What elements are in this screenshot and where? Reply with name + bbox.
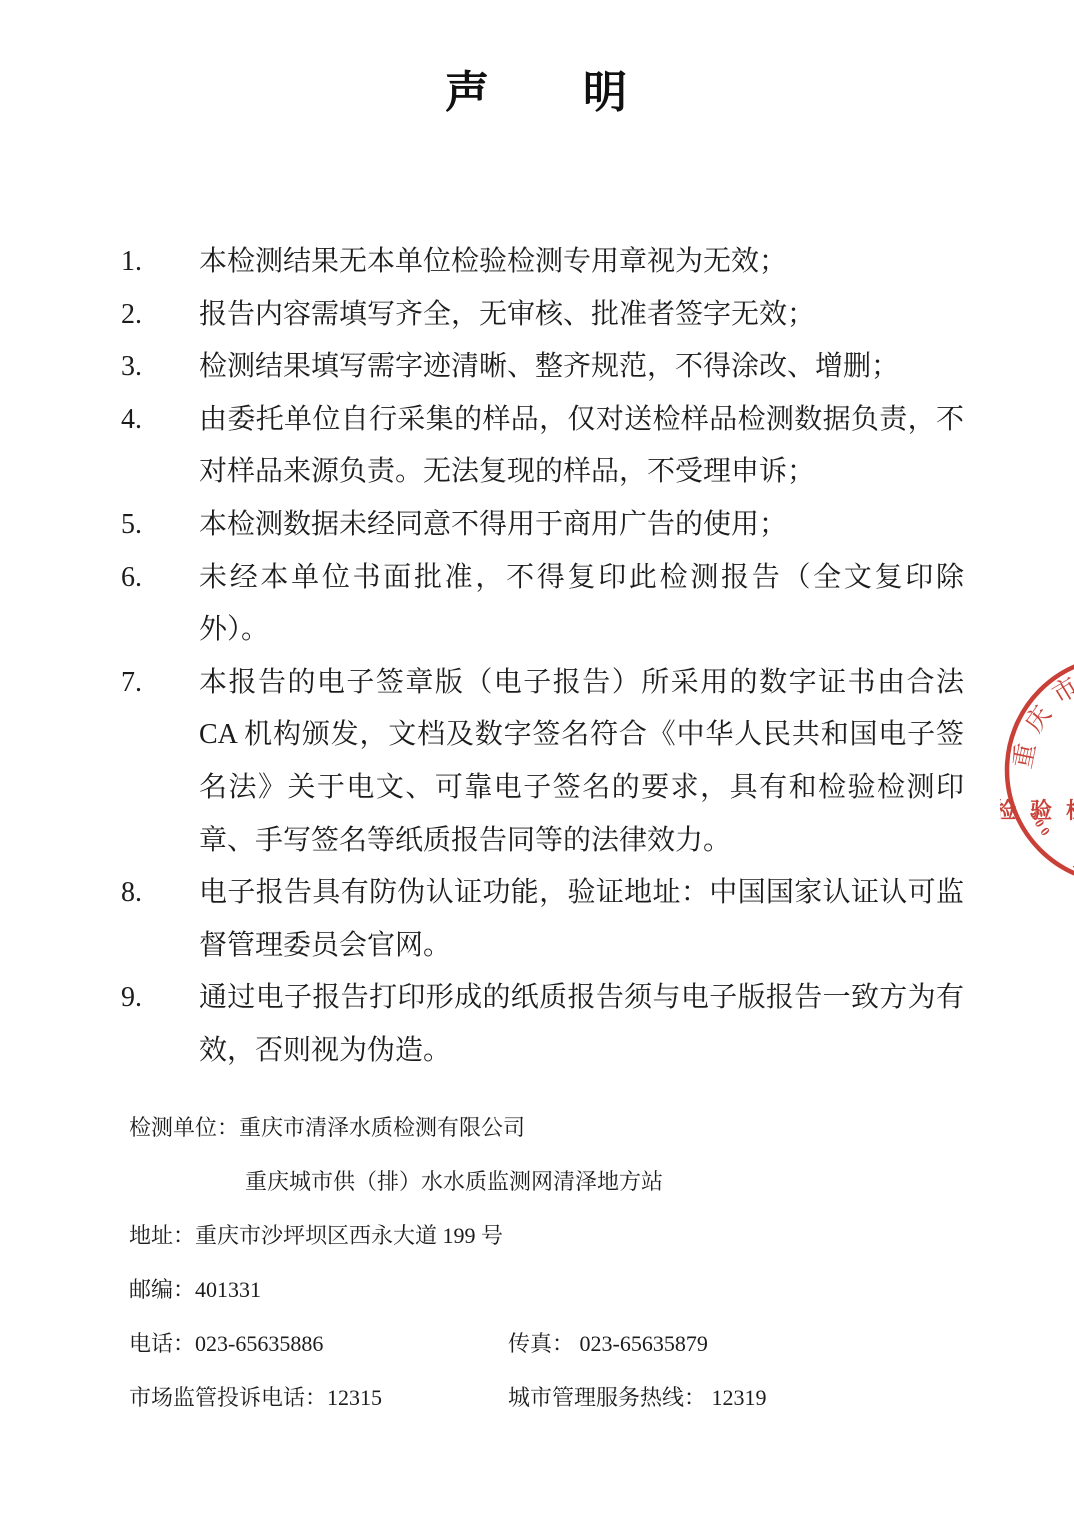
declaration-item-9: 9. 通过电子报告打印形成的纸质报告须与电子版报告一致方为有效，否则视为伪造。 <box>121 972 964 1077</box>
postcode-row: 邮编： 401331 <box>129 1276 1074 1304</box>
phone-label: 电话： <box>129 1330 195 1358</box>
item-text: 报告内容需填写齐全，无审核、批准者签字无效； <box>199 289 964 342</box>
fax-label: 传真： <box>508 1331 574 1356</box>
fax-col: 传真： 023-65635879 <box>508 1330 708 1358</box>
service-value: 12319 <box>712 1385 767 1410</box>
declaration-item-2: 2. 报告内容需填写齐全，无审核、批准者签字无效； <box>121 289 964 342</box>
company-seal-stamp-icon: 重庆市清泽水质检测有限公司 检验检测专用章 500 <box>1000 645 1074 905</box>
item-number: 3. <box>121 341 199 394</box>
postcode-label: 邮编： <box>129 1276 195 1304</box>
address-label: 地址： <box>129 1222 195 1250</box>
phone-fax-row: 电话： 023-65635886 传真： 023-65635879 <box>129 1330 1074 1358</box>
item-text: 检测结果填写需字迹清晰、整齐规范，不得涂改、增删； <box>199 341 964 394</box>
contact-block: 检测单位： 重庆市清泽水质检测有限公司 重庆城市供（排）水水质监测网清泽地方站 … <box>129 1114 1074 1412</box>
declaration-item-4: 4. 由委托单位自行采集的样品，仅对送检样品检测数据负责，不对样品来源负责。无法… <box>121 394 964 499</box>
declaration-item-8: 8. 电子报告具有防伪认证功能，验证地址：中国国家认证认可监督管理委员会官网。 <box>121 867 964 972</box>
declaration-item-7: 7. 本报告的电子签章版（电子报告）所采用的数字证书由合法 CA 机构颁发，文档… <box>121 657 964 867</box>
item-number: 2. <box>121 289 199 342</box>
service-label: 城市管理服务热线： <box>508 1385 706 1410</box>
item-number: 5. <box>121 499 199 552</box>
declaration-list: 1. 本检测结果无本单位检验检测专用章视为无效； 2. 报告内容需填写齐全，无审… <box>121 236 964 1078</box>
item-text: 由委托单位自行采集的样品，仅对送检样品检测数据负责，不对样品来源负责。无法复现的… <box>199 394 964 499</box>
item-text: 未经本单位书面批准，不得复印此检测报告（全文复印除外）。 <box>199 552 964 657</box>
item-number: 7. <box>121 657 199 710</box>
declaration-page: 声 明 1. 本检测结果无本单位检验检测专用章视为无效； 2. 报告内容需填写齐… <box>0 0 1074 1520</box>
item-number: 8. <box>121 867 199 920</box>
item-text: 本检测结果无本单位检验检测专用章视为无效； <box>199 236 964 289</box>
org-name: 重庆市清泽水质检测有限公司 <box>239 1114 525 1142</box>
complaint-label: 市场监管投诉电话： <box>129 1384 327 1412</box>
declaration-item-6: 6. 未经本单位书面批准，不得复印此检测报告（全文复印除外）。 <box>121 552 964 657</box>
org-row: 检测单位： 重庆市清泽水质检测有限公司 <box>129 1114 1074 1142</box>
org-row-2: 重庆城市供（排）水水质监测网清泽地方站 <box>129 1168 1074 1196</box>
item-text: 本检测数据未经同意不得用于商用广告的使用； <box>199 499 964 552</box>
item-number: 1. <box>121 236 199 289</box>
org-name-secondary: 重庆城市供（排）水水质监测网清泽地方站 <box>245 1168 663 1196</box>
fax-value: 023-65635879 <box>580 1331 708 1356</box>
declaration-item-3: 3. 检测结果填写需字迹清晰、整齐规范，不得涂改、增删； <box>121 341 964 394</box>
complaint-col: 市场监管投诉电话： 12315 <box>129 1384 508 1412</box>
complaint-value: 12315 <box>327 1384 382 1412</box>
org-label: 检测单位： <box>129 1114 239 1142</box>
item-number: 9. <box>121 972 199 1025</box>
item-number: 4. <box>121 394 199 447</box>
item-text: 电子报告具有防伪认证功能，验证地址：中国国家认证认可监督管理委员会官网。 <box>199 867 964 972</box>
address-value: 重庆市沙坪坝区西永大道 199 号 <box>195 1222 503 1250</box>
service-col: 城市管理服务热线： 12319 <box>508 1384 767 1412</box>
phone-value: 023-65635886 <box>195 1330 323 1358</box>
declaration-item-5: 5. 本检测数据未经同意不得用于商用广告的使用； <box>121 499 964 552</box>
postcode-value: 401331 <box>195 1276 261 1304</box>
phone-col: 电话： 023-65635886 <box>129 1330 508 1358</box>
address-row: 地址： 重庆市沙坪坝区西永大道 199 号 <box>129 1222 1074 1250</box>
item-number: 6. <box>121 552 199 605</box>
declaration-item-1: 1. 本检测结果无本单位检验检测专用章视为无效； <box>121 236 964 289</box>
item-text: 本报告的电子签章版（电子报告）所采用的数字证书由合法 CA 机构颁发，文档及数字… <box>199 657 964 867</box>
hotline-row: 市场监管投诉电话： 12315 城市管理服务热线： 12319 <box>129 1384 1074 1412</box>
item-text: 通过电子报告打印形成的纸质报告须与电子版报告一致方为有效，否则视为伪造。 <box>199 972 964 1077</box>
page-title: 声 明 <box>0 64 1074 122</box>
